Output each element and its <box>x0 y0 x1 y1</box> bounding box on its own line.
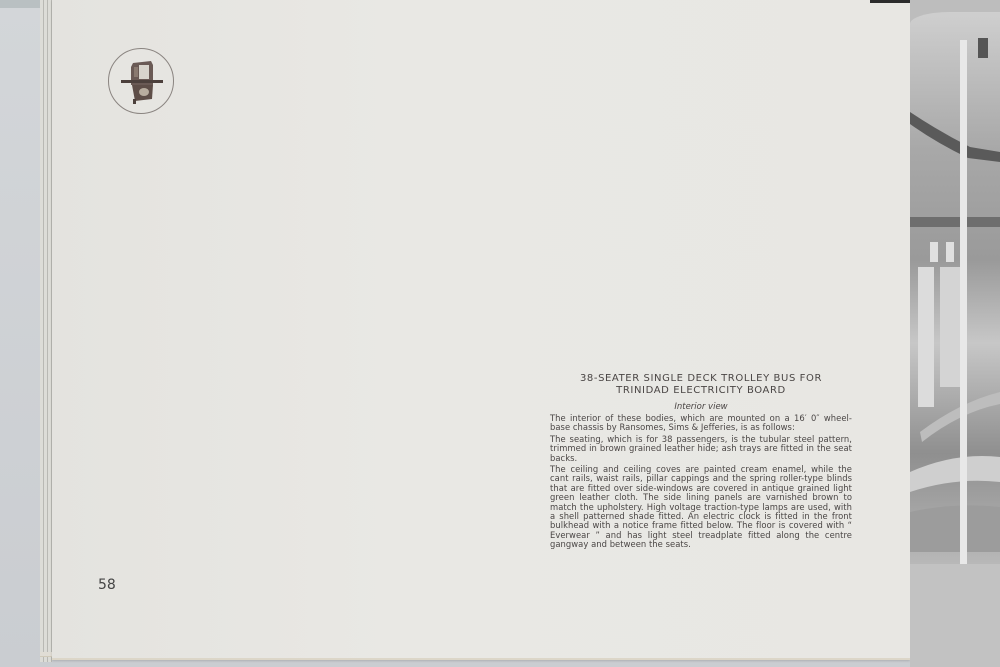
photo-margin <box>910 564 1000 667</box>
binding-shadow <box>870 0 910 3</box>
sedan-chair-emblem-icon <box>108 48 174 114</box>
caption-title-line2: TRINIDAD ELECTRICITY BOARD <box>550 385 852 397</box>
left-page <box>52 0 910 660</box>
page-number: 58 <box>98 577 116 593</box>
interior-photograph <box>910 12 1000 564</box>
caption-paragraph: The seating, which is for 38 passengers,… <box>550 435 852 463</box>
caption-paragraph: The ceiling and ceiling coves are painte… <box>550 465 852 550</box>
photo-caption: 38-SEATER SINGLE DECK TROLLEY BUS FOR TR… <box>550 373 852 550</box>
caption-title-line1: 38-SEATER SINGLE DECK TROLLEY BUS FOR <box>550 373 852 385</box>
caption-paragraph: The interior of these bodies, which are … <box>550 414 852 433</box>
caption-subtitle: Interior view <box>550 402 852 412</box>
